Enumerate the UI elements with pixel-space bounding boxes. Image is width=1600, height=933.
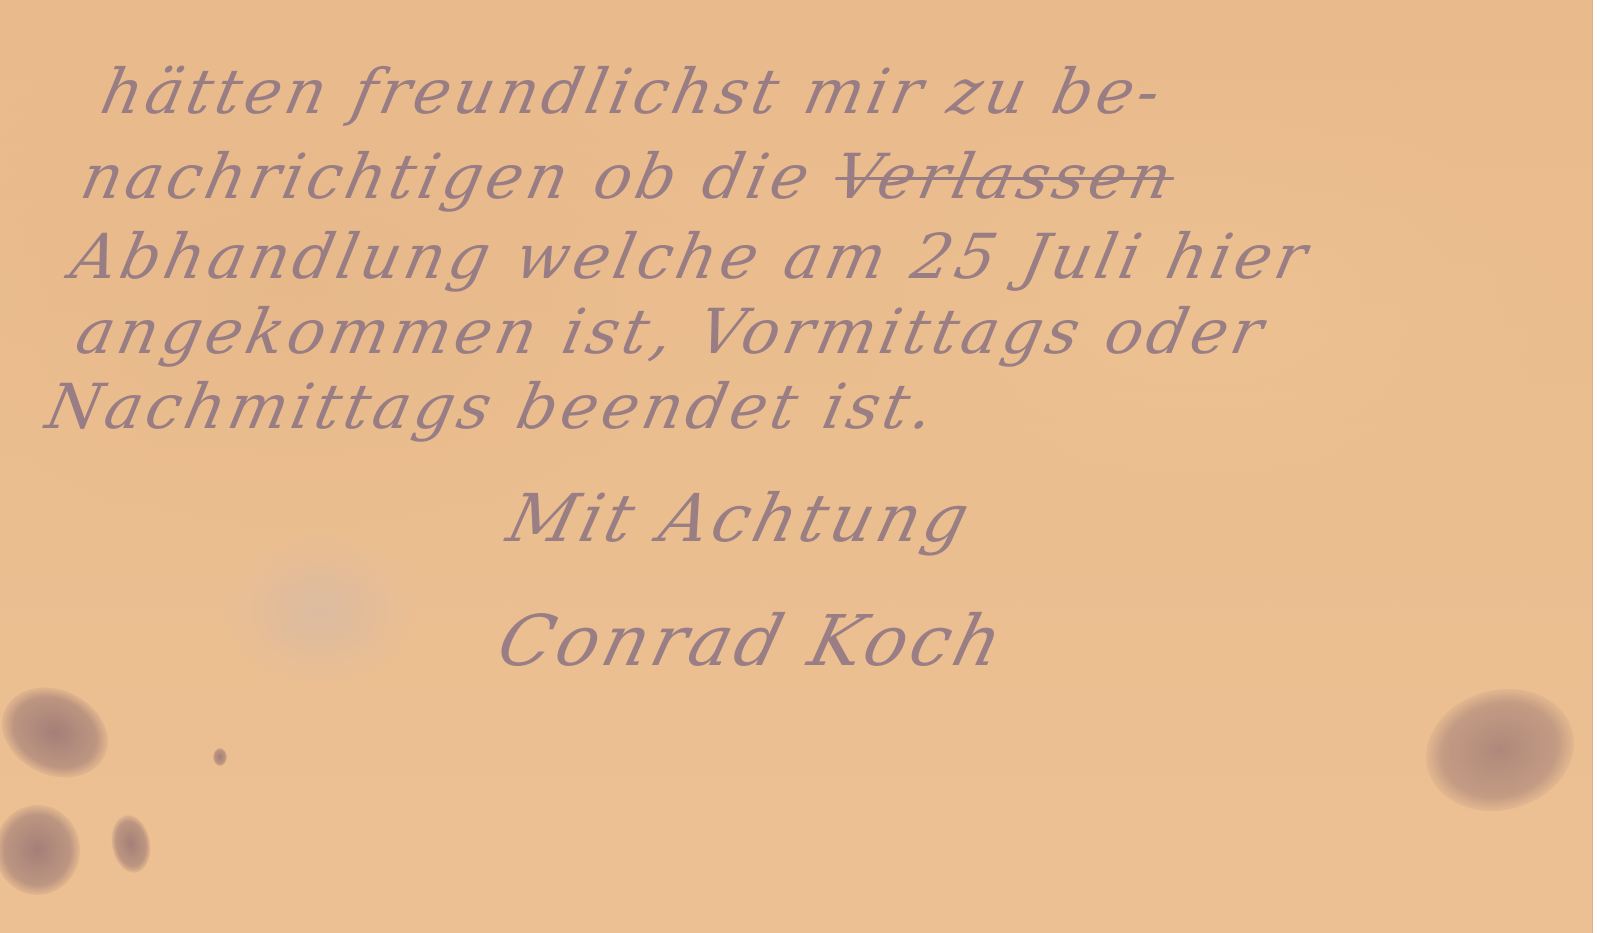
closing-salutation: Mit Achtung: [500, 480, 980, 557]
text-line-2-main: nachrichtigen ob die: [75, 140, 844, 213]
fingerprint-stain: [1412, 673, 1588, 828]
text-line-3: Abhandlung welche am 25 Juli hier: [65, 220, 1318, 293]
text-line-2: nachrichtigen ob die Verlassen: [75, 140, 1182, 213]
text-line-4: angekommen ist, Vormittags oder: [70, 295, 1274, 368]
struck-out-word: Verlassen: [828, 140, 1182, 213]
ink-stain: [107, 812, 154, 876]
ink-stain: [0, 805, 80, 895]
signature: Conrad Koch: [490, 600, 1014, 682]
letter-paper: hätten freundlichst mir zu be- nachricht…: [0, 0, 1593, 933]
text-line-1: hätten freundlichst mir zu be-: [95, 55, 1171, 128]
ink-stain: [0, 671, 123, 795]
text-line-5: Nachmittags beendet ist.: [40, 370, 944, 443]
ink-stain: [213, 748, 227, 766]
